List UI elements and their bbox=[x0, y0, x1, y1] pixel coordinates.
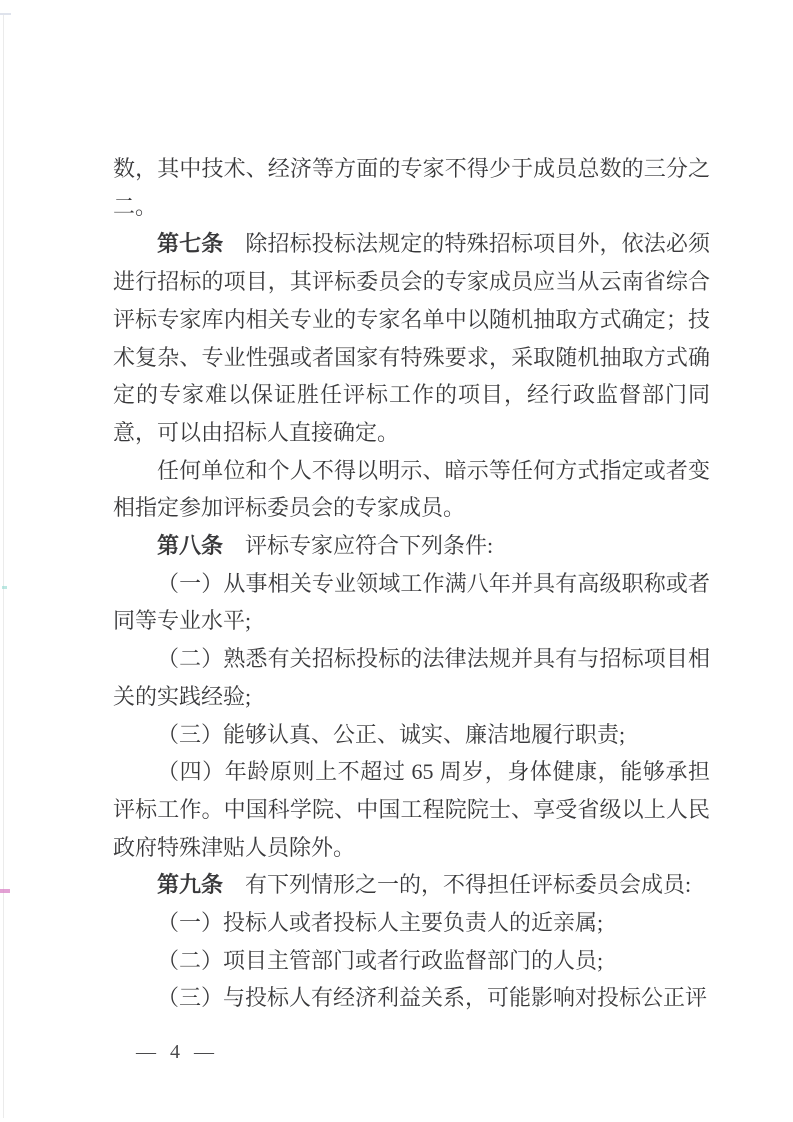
article-8-number: 第八条 bbox=[157, 533, 223, 558]
paragraph-text: （一）投标人或者投标人主要负责人的近亲属; bbox=[157, 910, 603, 935]
paragraph-text: 有下列情形之一的，不得担任评标委员会成员: bbox=[245, 872, 691, 897]
paragraph-text: （三）与投标人有经济利益关系，可能影响对投标公正评 bbox=[157, 985, 707, 1010]
paragraph-continuation: 数，其中技术、经济等方面的专家不得少于成员总数的三分之二。 bbox=[113, 150, 710, 225]
paragraph-text: 评标专家应符合下列条件: bbox=[245, 533, 493, 558]
paragraph-item-1: （一）投标人或者投标人主要负责人的近亲属; bbox=[113, 904, 710, 942]
document-body: 数，其中技术、经济等方面的专家不得少于成员总数的三分之二。 第七条除招标投标法规… bbox=[113, 150, 710, 1017]
article-9-number: 第九条 bbox=[157, 872, 223, 897]
paragraph-article-8: 第八条评标专家应符合下列条件: bbox=[113, 527, 710, 565]
paragraph-text: （三）能够认真、公正、诚实、廉洁地履行职责; bbox=[157, 722, 625, 747]
scan-artifact-teal-mark bbox=[2, 586, 7, 589]
scan-artifact-pink-mark bbox=[0, 889, 10, 893]
paragraph-article-9: 第九条有下列情形之一的，不得担任评标委员会成员: bbox=[113, 866, 710, 904]
paragraph-item-1: （一）从事相关专业领域工作满八年并具有高级职称或者同等专业水平; bbox=[113, 565, 710, 640]
paragraph-article-7: 第七条除招标投标法规定的特殊招标项目外，依法必须进行招标的项目，其评标委员会的专… bbox=[113, 225, 710, 451]
article-7-number: 第七条 bbox=[157, 231, 223, 256]
page-number: — 4 — bbox=[136, 1040, 216, 1064]
paragraph-item-3: （三）与投标人有经济利益关系，可能影响对投标公正评 bbox=[113, 979, 710, 1017]
scan-artifact-corner bbox=[0, 13, 11, 15]
paragraph-item-2: （二）熟悉有关招标投标的法律法规并具有与招标项目相关的实践经验; bbox=[113, 640, 710, 715]
paragraph-text: （一）从事相关专业领域工作满八年并具有高级职称或者同等专业水平; bbox=[113, 571, 710, 634]
paragraph: 任何单位和个人不得以明示、暗示等任何方式指定或者变相指定参加评标委员会的专家成员… bbox=[113, 452, 710, 527]
paragraph-text: 数，其中技术、经济等方面的专家不得少于成员总数的三分之二。 bbox=[113, 156, 710, 219]
paragraph-text: （四）年龄原则上不超过 65 周岁，身体健康，能够承担评标工作。中国科学院、中国… bbox=[113, 759, 710, 859]
scan-edge-line bbox=[3, 13, 4, 1118]
paragraph-item-3: （三）能够认真、公正、诚实、廉洁地履行职责; bbox=[113, 716, 710, 754]
paragraph-text: 除招标投标法规定的特殊招标项目外，依法必须进行招标的项目，其评标委员会的专家成员… bbox=[113, 231, 710, 445]
document-page: 数，其中技术、经济等方面的专家不得少于成员总数的三分之二。 第七条除招标投标法规… bbox=[0, 0, 793, 1122]
paragraph-text: （二）熟悉有关招标投标的法律法规并具有与招标项目相关的实践经验; bbox=[113, 646, 710, 709]
paragraph-item-2: （二）项目主管部门或者行政监督部门的人员; bbox=[113, 942, 710, 980]
paragraph-item-4: （四）年龄原则上不超过 65 周岁，身体健康，能够承担评标工作。中国科学院、中国… bbox=[113, 753, 710, 866]
paragraph-text: 任何单位和个人不得以明示、暗示等任何方式指定或者变相指定参加评标委员会的专家成员… bbox=[113, 458, 710, 521]
paragraph-text: （二）项目主管部门或者行政监督部门的人员; bbox=[157, 948, 603, 973]
